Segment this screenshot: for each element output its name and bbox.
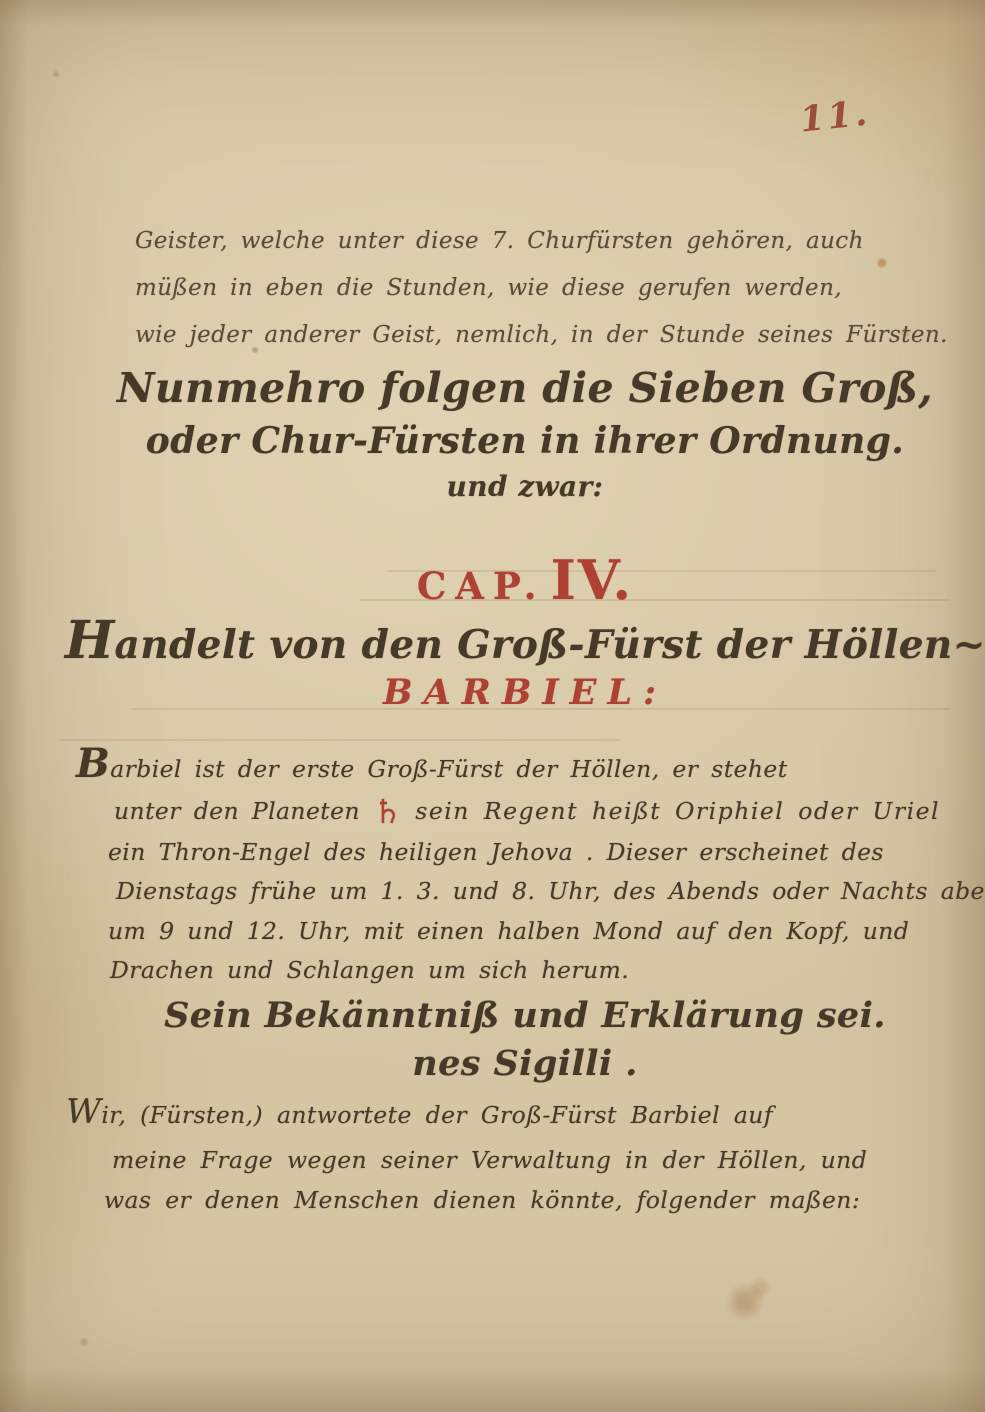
sigil-heading-line-2: nes Sigilli .: [65, 1043, 985, 1084]
body-line-5: um 9 und 12. Uhr, mit einen halben Mond …: [108, 917, 909, 945]
saturn-icon: ♄: [373, 792, 403, 831]
body-line-1-text: arbiel ist der erste Groß-Fürst der Höll…: [110, 755, 787, 783]
body-line-2: unter den Planeten ♄ sein Regent heißt O…: [114, 792, 940, 831]
answer-line-3: was er denen Menschen dienen könnte, fol…: [104, 1186, 860, 1214]
drop-cap-b: B: [76, 740, 110, 787]
body-line-2-before: unter den Planeten: [114, 797, 360, 825]
chapter-subtitle: Handelt von den Groß-Fürst der Höllen~: [65, 610, 985, 671]
chapter-label-word: CAP.: [417, 564, 546, 608]
intro-paragraph: Geister, welche unter diese 7. Churfürst…: [135, 218, 948, 359]
answer-initial-w: W: [66, 1092, 101, 1132]
section-heading-line-2: oder Chur-Fürsten in ihrer Ordnung.: [65, 420, 985, 462]
answer-line-1: Wir, (Fürsten,) antwortete der Groß-Fürs…: [66, 1092, 773, 1132]
intro-line: Geister, welche unter diese 7. Churfürst…: [135, 218, 948, 265]
body-line-3: ein Thron-Engel des heiligen Jehova . Di…: [108, 838, 884, 866]
intro-line: müßen in eben die Stunden, wie diese ger…: [135, 265, 948, 312]
intro-line: wie jeder anderer Geist, nemlich, in der…: [135, 312, 948, 359]
chapter-label-numeral: IV.: [551, 548, 634, 612]
answer-line-1-text: ir, (Fürsten,) antwortete der Groß-Fürst…: [101, 1101, 773, 1129]
body-line-6: Drachen und Schlangen um sich herum.: [110, 956, 629, 984]
body-line-2-after: sein Regent heißt Oriphiel oder Uriel: [415, 797, 940, 825]
sigil-heading-line-1: Sein Bekänntniß und Erklärung sei.: [65, 995, 985, 1036]
answer-line-2: meine Frage wegen seiner Verwaltung in d…: [112, 1146, 867, 1174]
chapter-name-barbiel: BARBIEL:: [65, 672, 985, 713]
chapter-subtitle-text: andelt von den Groß-Fürst der Höllen~: [115, 622, 985, 668]
section-heading-line-1: Nunmehro folgen die Sieben Groß,: [65, 364, 985, 412]
page-number: 11.: [798, 92, 872, 140]
section-heading-line-3: und zwar:: [65, 470, 985, 503]
body-line-4: Dienstags frühe um 1. 3. und 8. Uhr, des…: [116, 877, 985, 905]
manuscript-page: 11. Geister, welche unter diese 7. Churf…: [0, 0, 985, 1412]
chapter-subtitle-initial: H: [65, 610, 115, 671]
body-line-1: Barbiel ist der erste Groß-Fürst der Höl…: [76, 740, 788, 787]
chapter-label: CAP. IV.: [65, 548, 985, 612]
